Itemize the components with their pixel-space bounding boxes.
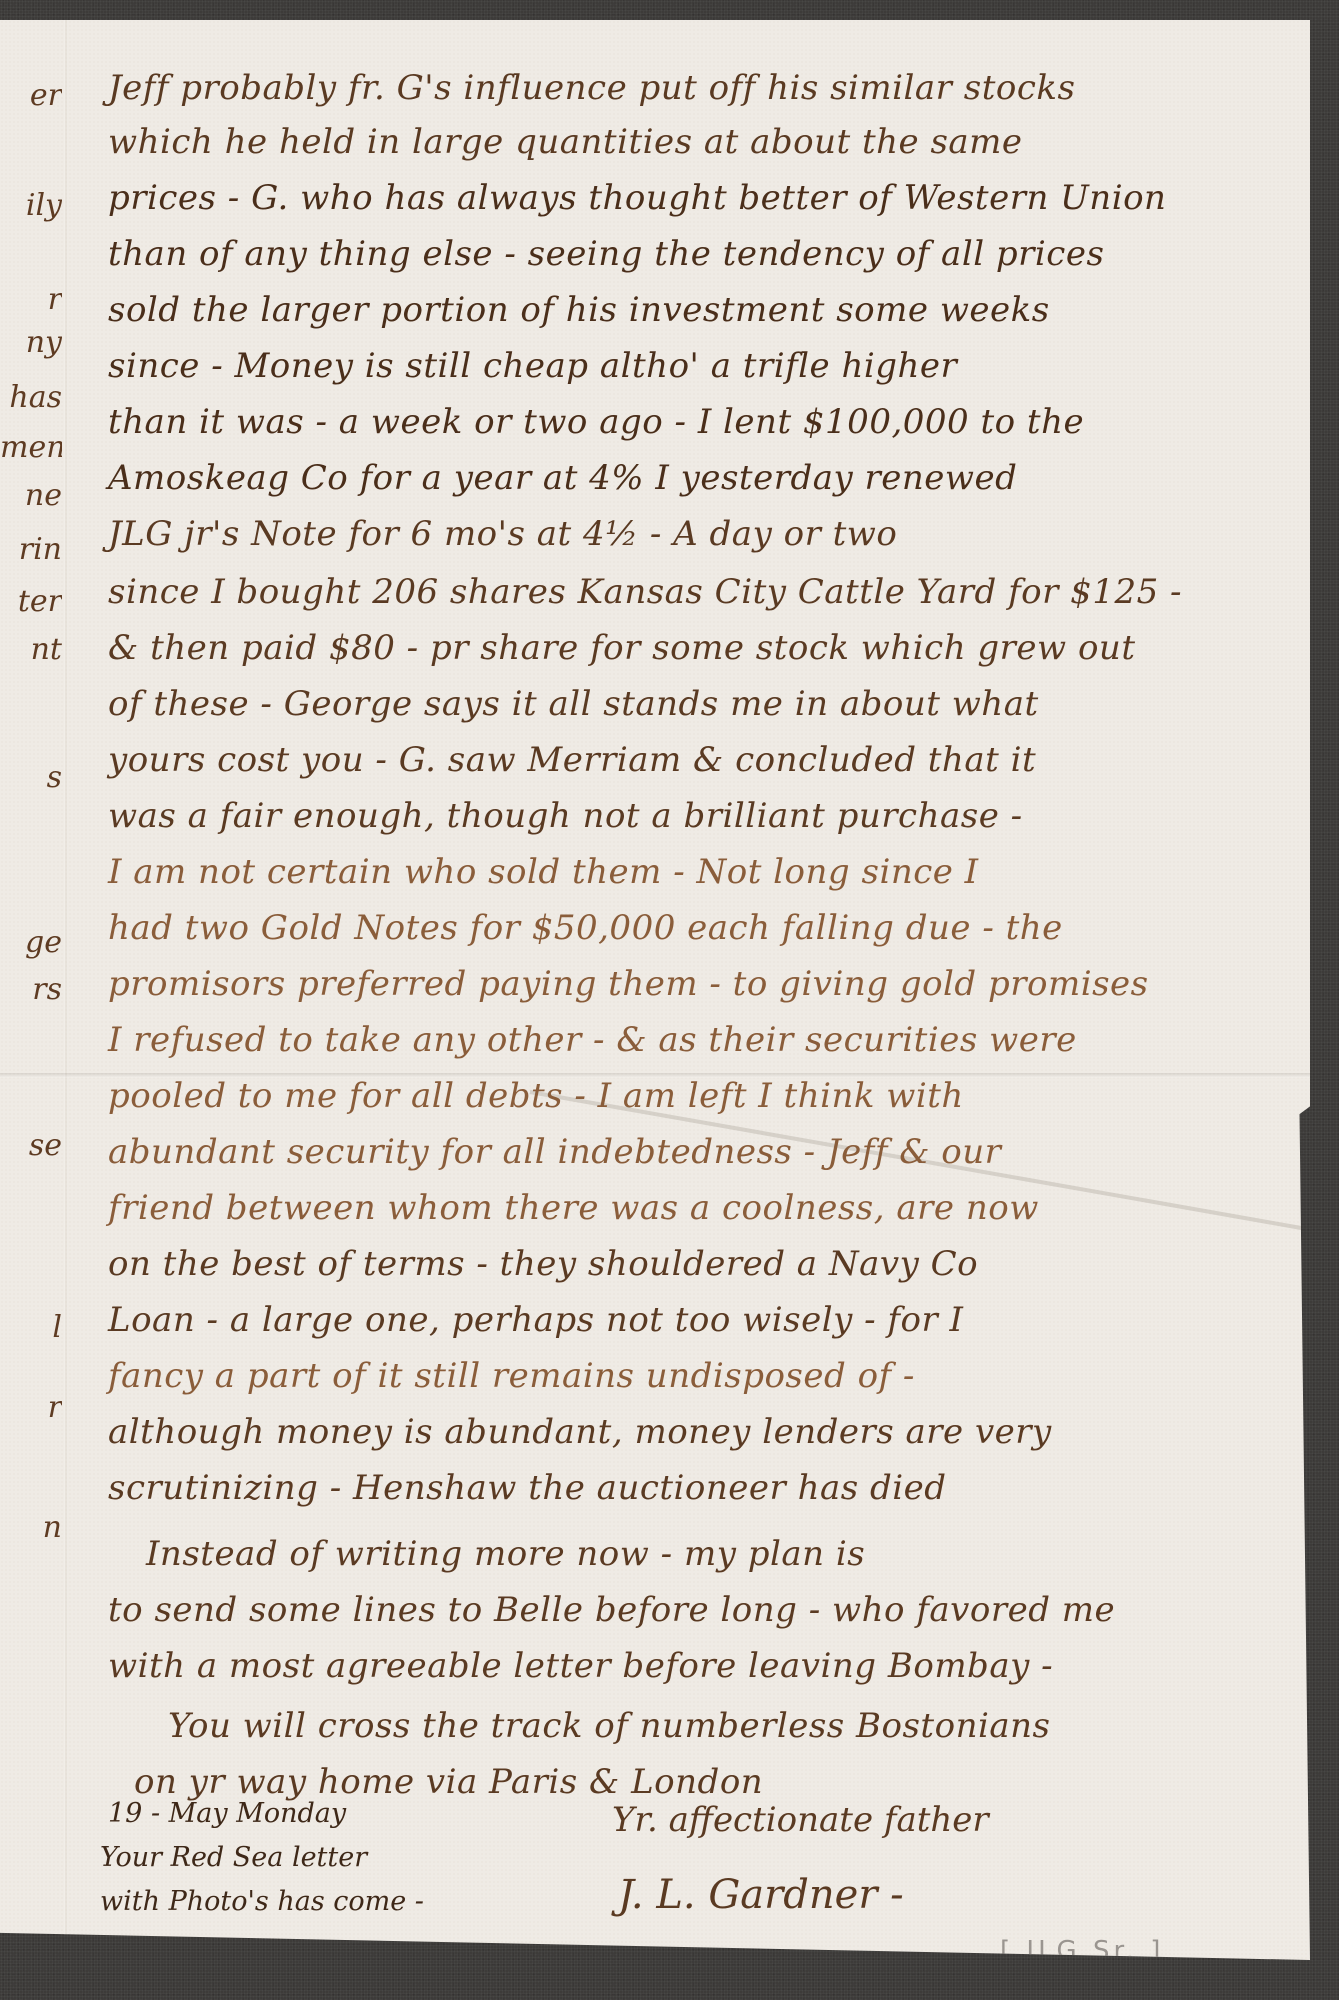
- margin-fragment: ge: [0, 925, 62, 960]
- postscript-line: with Photo's has come -: [100, 1880, 424, 1924]
- letter-line: Amoskeag Co for a year at 4% I yesterday…: [108, 458, 1017, 498]
- signature: J. L. Gardner -: [618, 1872, 904, 1918]
- margin-fragment: n: [0, 1510, 62, 1545]
- letter-line: yours cost you - G. saw Merriam & conclu…: [108, 740, 1036, 780]
- margin-fragment: r: [0, 282, 62, 317]
- letter-line: of these - George says it all stands me …: [108, 684, 1039, 724]
- margin-fragment: has: [0, 380, 62, 415]
- letter-page: erilyrnyhasmentnerinterntsgersselrn Jeff…: [0, 20, 1310, 1960]
- margin-fragment: se: [0, 1128, 62, 1163]
- margin-fragment: ne: [0, 478, 62, 513]
- margin-fragment: nt: [0, 632, 62, 667]
- letter-line: to send some lines to Belle before long …: [108, 1590, 1115, 1630]
- letter-line: since I bought 206 shares Kansas City Ca…: [108, 572, 1182, 612]
- letter-line: pooled to me for all debts - I am left I…: [108, 1076, 964, 1116]
- letter-line: although money is abundant, money lender…: [108, 1412, 1052, 1452]
- margin-fragment: er: [0, 78, 62, 113]
- letter-line: Instead of writing more now - my plan is: [146, 1534, 865, 1574]
- letter-line: friend between whom there was a coolness…: [108, 1188, 1039, 1228]
- margin-fragment: ter: [0, 584, 62, 619]
- letter-line: & then paid $80 - pr share for some stoc…: [108, 628, 1136, 668]
- valediction: Yr. affectionate father: [612, 1800, 989, 1840]
- margin-fragment: rin: [0, 532, 62, 567]
- letter-line: promisors preferred paying them - to giv…: [108, 964, 1149, 1004]
- postscript-date: 19 - May Monday: [100, 1792, 424, 1836]
- letter-line: Loan - a large one, perhaps not too wise…: [108, 1300, 963, 1340]
- letter-line: which he held in large quantities at abo…: [108, 122, 1023, 162]
- archive-pencil-mark: [ JLG Sr. ]: [1000, 1936, 1164, 1966]
- postscript: 19 - May Monday Your Red Sea letter with…: [100, 1792, 424, 1924]
- margin-fragment: l: [0, 1310, 62, 1345]
- margin-fragment: ment: [0, 430, 62, 465]
- letter-line: JLG jr's Note for 6 mo's at 4½ - A day o…: [108, 514, 897, 554]
- letter-line: You will cross the track of numberless B…: [168, 1706, 1050, 1746]
- letter-line: since - Money is still cheap altho' a tr…: [108, 346, 957, 386]
- margin-fragment: r: [0, 1390, 62, 1425]
- letter-line: fancy a part of it still remains undispo…: [108, 1356, 915, 1396]
- margin-fragment: ily: [0, 188, 62, 223]
- letter-line: was a fair enough, though not a brillian…: [108, 796, 1023, 836]
- letter-line: had two Gold Notes for $50,000 each fall…: [108, 908, 1063, 948]
- margin-fragment: rs: [0, 972, 62, 1007]
- margin-fragment: ny: [0, 325, 62, 360]
- letter-line: than of any thing else - seeing the tend…: [108, 234, 1104, 274]
- letter-line: abundant security for all indebtedness -…: [108, 1132, 1001, 1172]
- letter-line: with a most agreeable letter before leav…: [108, 1646, 1053, 1686]
- letter-line: on the best of terms - they shouldered a…: [108, 1244, 978, 1284]
- letter-line: sold the larger portion of his investmen…: [108, 290, 1050, 330]
- letter-line: I am not certain who sold them - Not lon…: [108, 852, 979, 892]
- letter-line: I refused to take any other - & as their…: [108, 1020, 1077, 1060]
- vertical-fold-crease: [64, 20, 68, 1960]
- postscript-line: Your Red Sea letter: [100, 1836, 424, 1880]
- margin-fragment: s: [0, 760, 62, 795]
- letter-line: prices - G. who has always thought bette…: [108, 178, 1166, 218]
- letter-line: Jeff probably fr. G's influence put off …: [108, 68, 1075, 108]
- letter-line: scrutinizing - Henshaw the auctioneer ha…: [108, 1468, 947, 1508]
- letter-line: than it was - a week or two ago - I lent…: [108, 402, 1084, 442]
